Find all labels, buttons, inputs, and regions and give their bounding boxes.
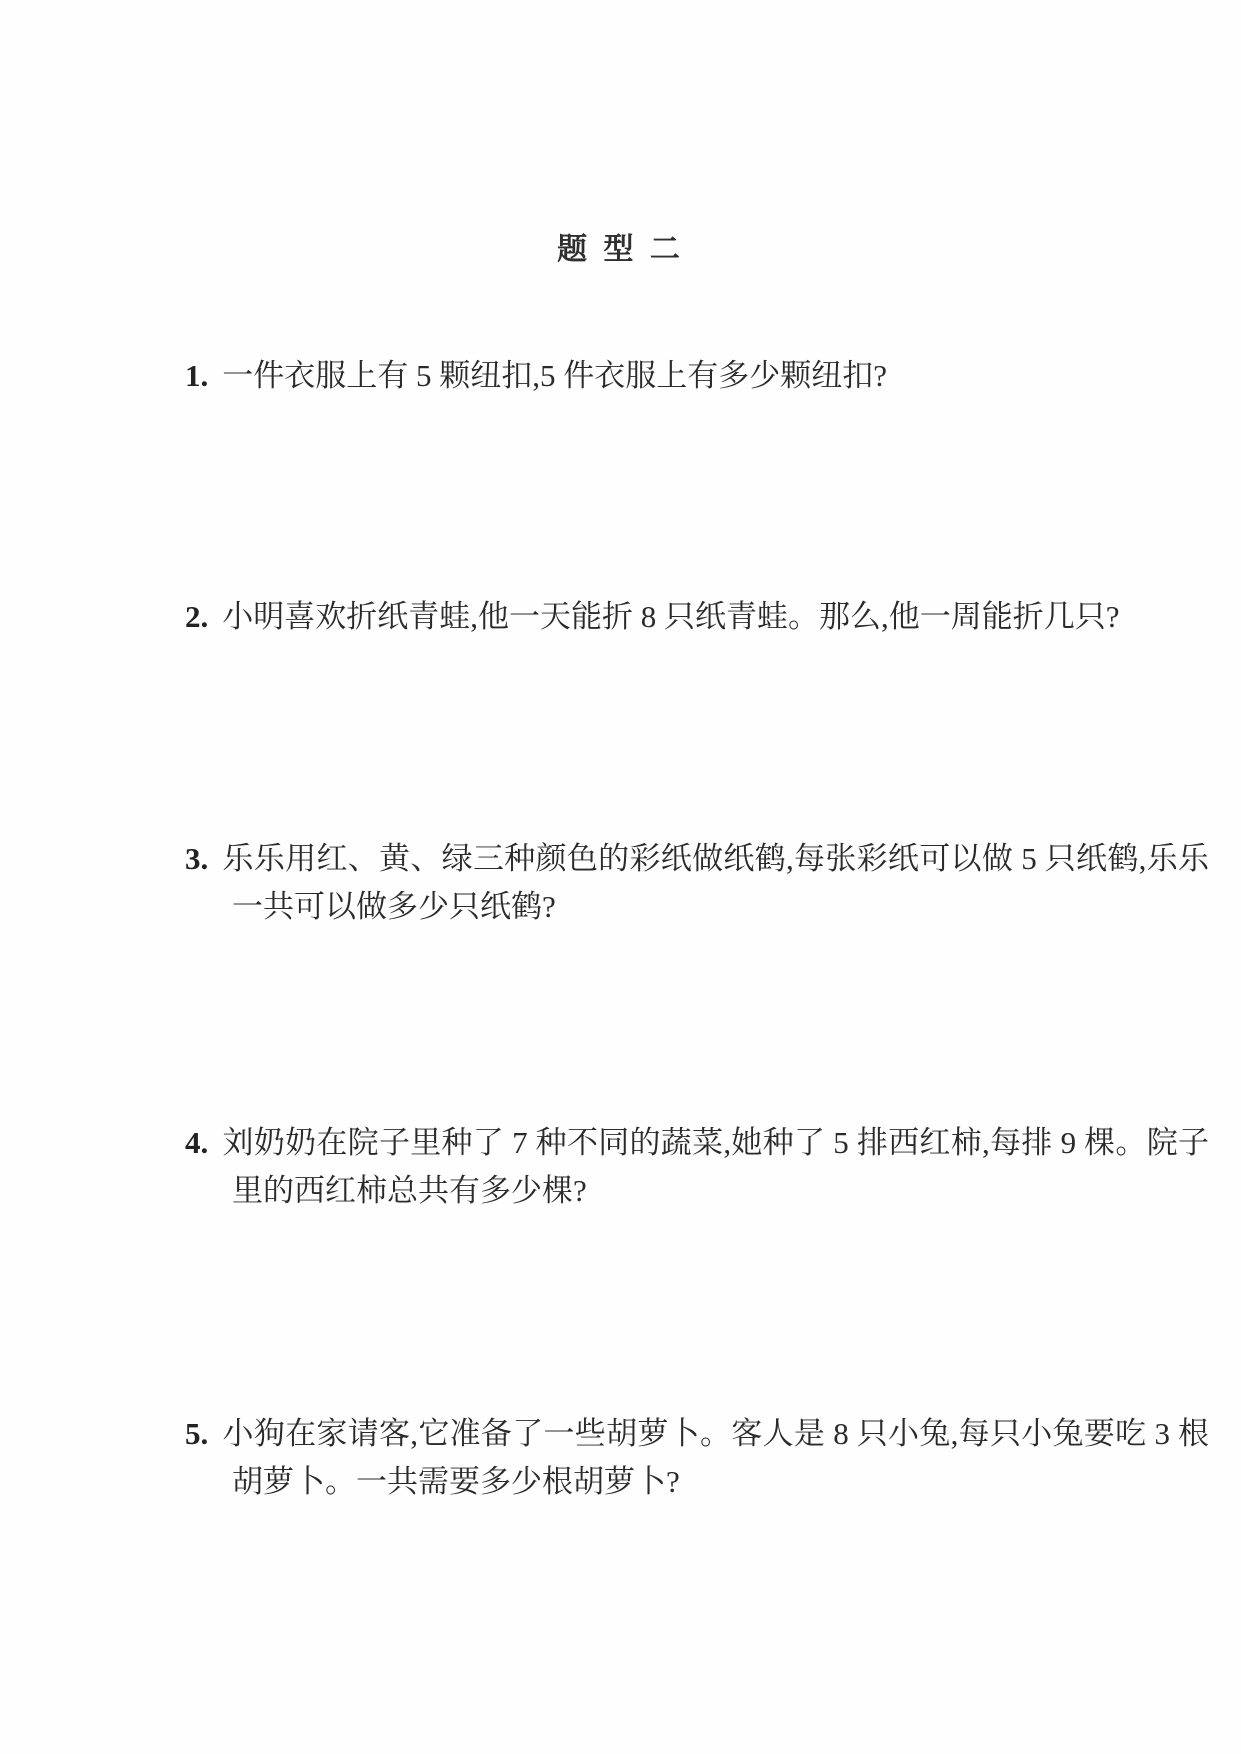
question-item-3: 3.乐乐用红、黄、绿三种颜色的彩纸做纸鹤,每张彩纸可以做 5 只纸鹤,乐乐一共可… <box>185 835 1209 931</box>
page-title: 题 型 二 <box>0 224 1241 268</box>
question-item-1: 1.一件衣服上有 5 颗纽扣,5 件衣服上有多少颗纽扣? <box>185 352 1209 400</box>
question-number: 2. <box>185 599 222 634</box>
question-text: 刘奶奶在院子里种了 7 种不同的蔬菜,她种了 5 排西红柿,每排 9 棵。院子里… <box>222 1125 1209 1208</box>
question-number: 5. <box>185 1416 222 1451</box>
question-number: 3. <box>185 841 222 876</box>
question-number: 4. <box>185 1125 222 1160</box>
question-text: 小狗在家请客,它准备了一些胡萝卜。客人是 8 只小兔,每只小兔要吃 3 根胡萝卜… <box>222 1416 1209 1499</box>
question-item-5: 5.小狗在家请客,它准备了一些胡萝卜。客人是 8 只小兔,每只小兔要吃 3 根胡… <box>185 1410 1209 1506</box>
question-text: 乐乐用红、黄、绿三种颜色的彩纸做纸鹤,每张彩纸可以做 5 只纸鹤,乐乐一共可以做… <box>222 841 1209 924</box>
question-item-2: 2.小明喜欢折纸青蛙,他一天能折 8 只纸青蛙。那么,他一周能折几只? <box>185 593 1209 641</box>
worksheet-page: 题 型 二 1.一件衣服上有 5 颗纽扣,5 件衣服上有多少颗纽扣? 2.小明喜… <box>0 0 1241 1754</box>
question-number: 1. <box>185 358 222 393</box>
question-item-4: 4.刘奶奶在院子里种了 7 种不同的蔬菜,她种了 5 排西红柿,每排 9 棵。院… <box>185 1119 1209 1215</box>
question-text: 小明喜欢折纸青蛙,他一天能折 8 只纸青蛙。那么,他一周能折几只? <box>222 599 1119 634</box>
question-text: 一件衣服上有 5 颗纽扣,5 件衣服上有多少颗纽扣? <box>222 358 887 393</box>
